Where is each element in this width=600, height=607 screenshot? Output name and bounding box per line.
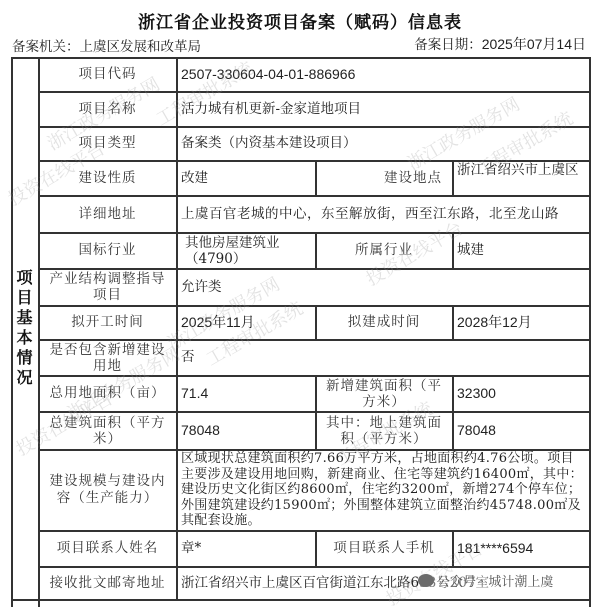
planned-start-value: 2025年11月: [177, 306, 315, 339]
project-type-label: 项目类型: [39, 127, 176, 160]
national-industry-label: 国标行业: [39, 233, 176, 268]
row-line: [11, 599, 591, 601]
scale-content-label: 建设规模与建设内容（生产能力）: [39, 450, 176, 530]
construction-site-label: 建设地点: [316, 161, 452, 195]
planned-start-label: 拟开工时间: [39, 306, 176, 339]
construction-nature-label: 建设性质: [39, 161, 176, 195]
above-ground-area-label: 其中：地上建筑面积（平方米）: [316, 412, 452, 449]
contact-name-label: 项目联系人姓名: [39, 531, 176, 566]
section-title-char: 情: [16, 348, 32, 368]
total-building-area-label: 总建筑面积（平方米）: [39, 412, 176, 449]
project-code-value: 2507-330604-04-01-886966: [177, 57, 589, 91]
wechat-icon: [418, 574, 434, 587]
national-industry-value: 其他房屋建筑业（4790）: [177, 233, 315, 268]
scale-content-value: 区域现状总建筑面积约7.66万平方米，占地面积约4.76公顷。项目主要涉及建设用…: [177, 450, 589, 530]
new-land-label: 是否包含新增建设用地: [39, 340, 176, 375]
wechat-account-text: 公众号 · 城计潮上虞: [437, 571, 553, 590]
new-building-area-label: 新增建筑面积（平方米）: [316, 376, 452, 411]
info-table: 项 目 基 本 情 况 项目代码 2507-330604-04-01-88696…: [0, 0, 600, 607]
contact-phone-value: 181****6594: [453, 531, 589, 566]
total-land-area-value: 71.4: [177, 376, 315, 411]
contact-name-value: 章*: [177, 531, 315, 566]
planned-completion-value: 2028年12月: [453, 306, 589, 339]
table-border-right: [589, 57, 591, 607]
planned-completion-label: 拟建成时间: [316, 306, 452, 339]
total-land-area-label: 总用地面积（亩）: [39, 376, 176, 411]
construction-site-value: 浙江省绍兴市上虞区: [453, 161, 589, 195]
project-code-label: 项目代码: [39, 57, 176, 91]
section-title-project-basics: 项 目 基 本 情 况: [11, 268, 38, 388]
above-ground-area-value: 78048: [453, 412, 589, 449]
project-type-value: 备案类（内资基本建设项目）: [177, 127, 589, 160]
total-building-area-value: 78048: [177, 412, 315, 449]
contact-phone-label: 项目联系人手机: [316, 531, 452, 566]
section-title-char: 目: [16, 288, 32, 308]
mailing-address-label: 接收批文邮寄地址: [39, 567, 176, 599]
new-building-area-value: 32300: [453, 376, 589, 411]
industrial-guidance-label: 产业结构调整指导项目: [39, 269, 176, 305]
section-title-char: 本: [16, 328, 32, 348]
industrial-guidance-value: 允许类: [177, 269, 589, 305]
wechat-account-badge: 公众号 · 城计潮上虞: [418, 571, 553, 590]
construction-nature-value: 改建: [177, 161, 315, 195]
section-title-char: 基: [16, 308, 32, 328]
detailed-address-value: 上虞百官老城的中心，东至解放街，西至江东路，北至龙山路: [177, 196, 589, 232]
section-title-char: 况: [16, 368, 32, 388]
new-land-value: 否: [177, 340, 589, 375]
project-name-label: 项目名称: [39, 92, 176, 126]
detailed-address-label: 详细地址: [39, 196, 176, 232]
section-title-char: 项: [16, 268, 32, 288]
industry-category-label: 所属行业: [316, 233, 452, 268]
industry-category-value: 城建: [453, 233, 589, 268]
project-name-value: 活力城有机更新-金家道地项目: [177, 92, 589, 126]
